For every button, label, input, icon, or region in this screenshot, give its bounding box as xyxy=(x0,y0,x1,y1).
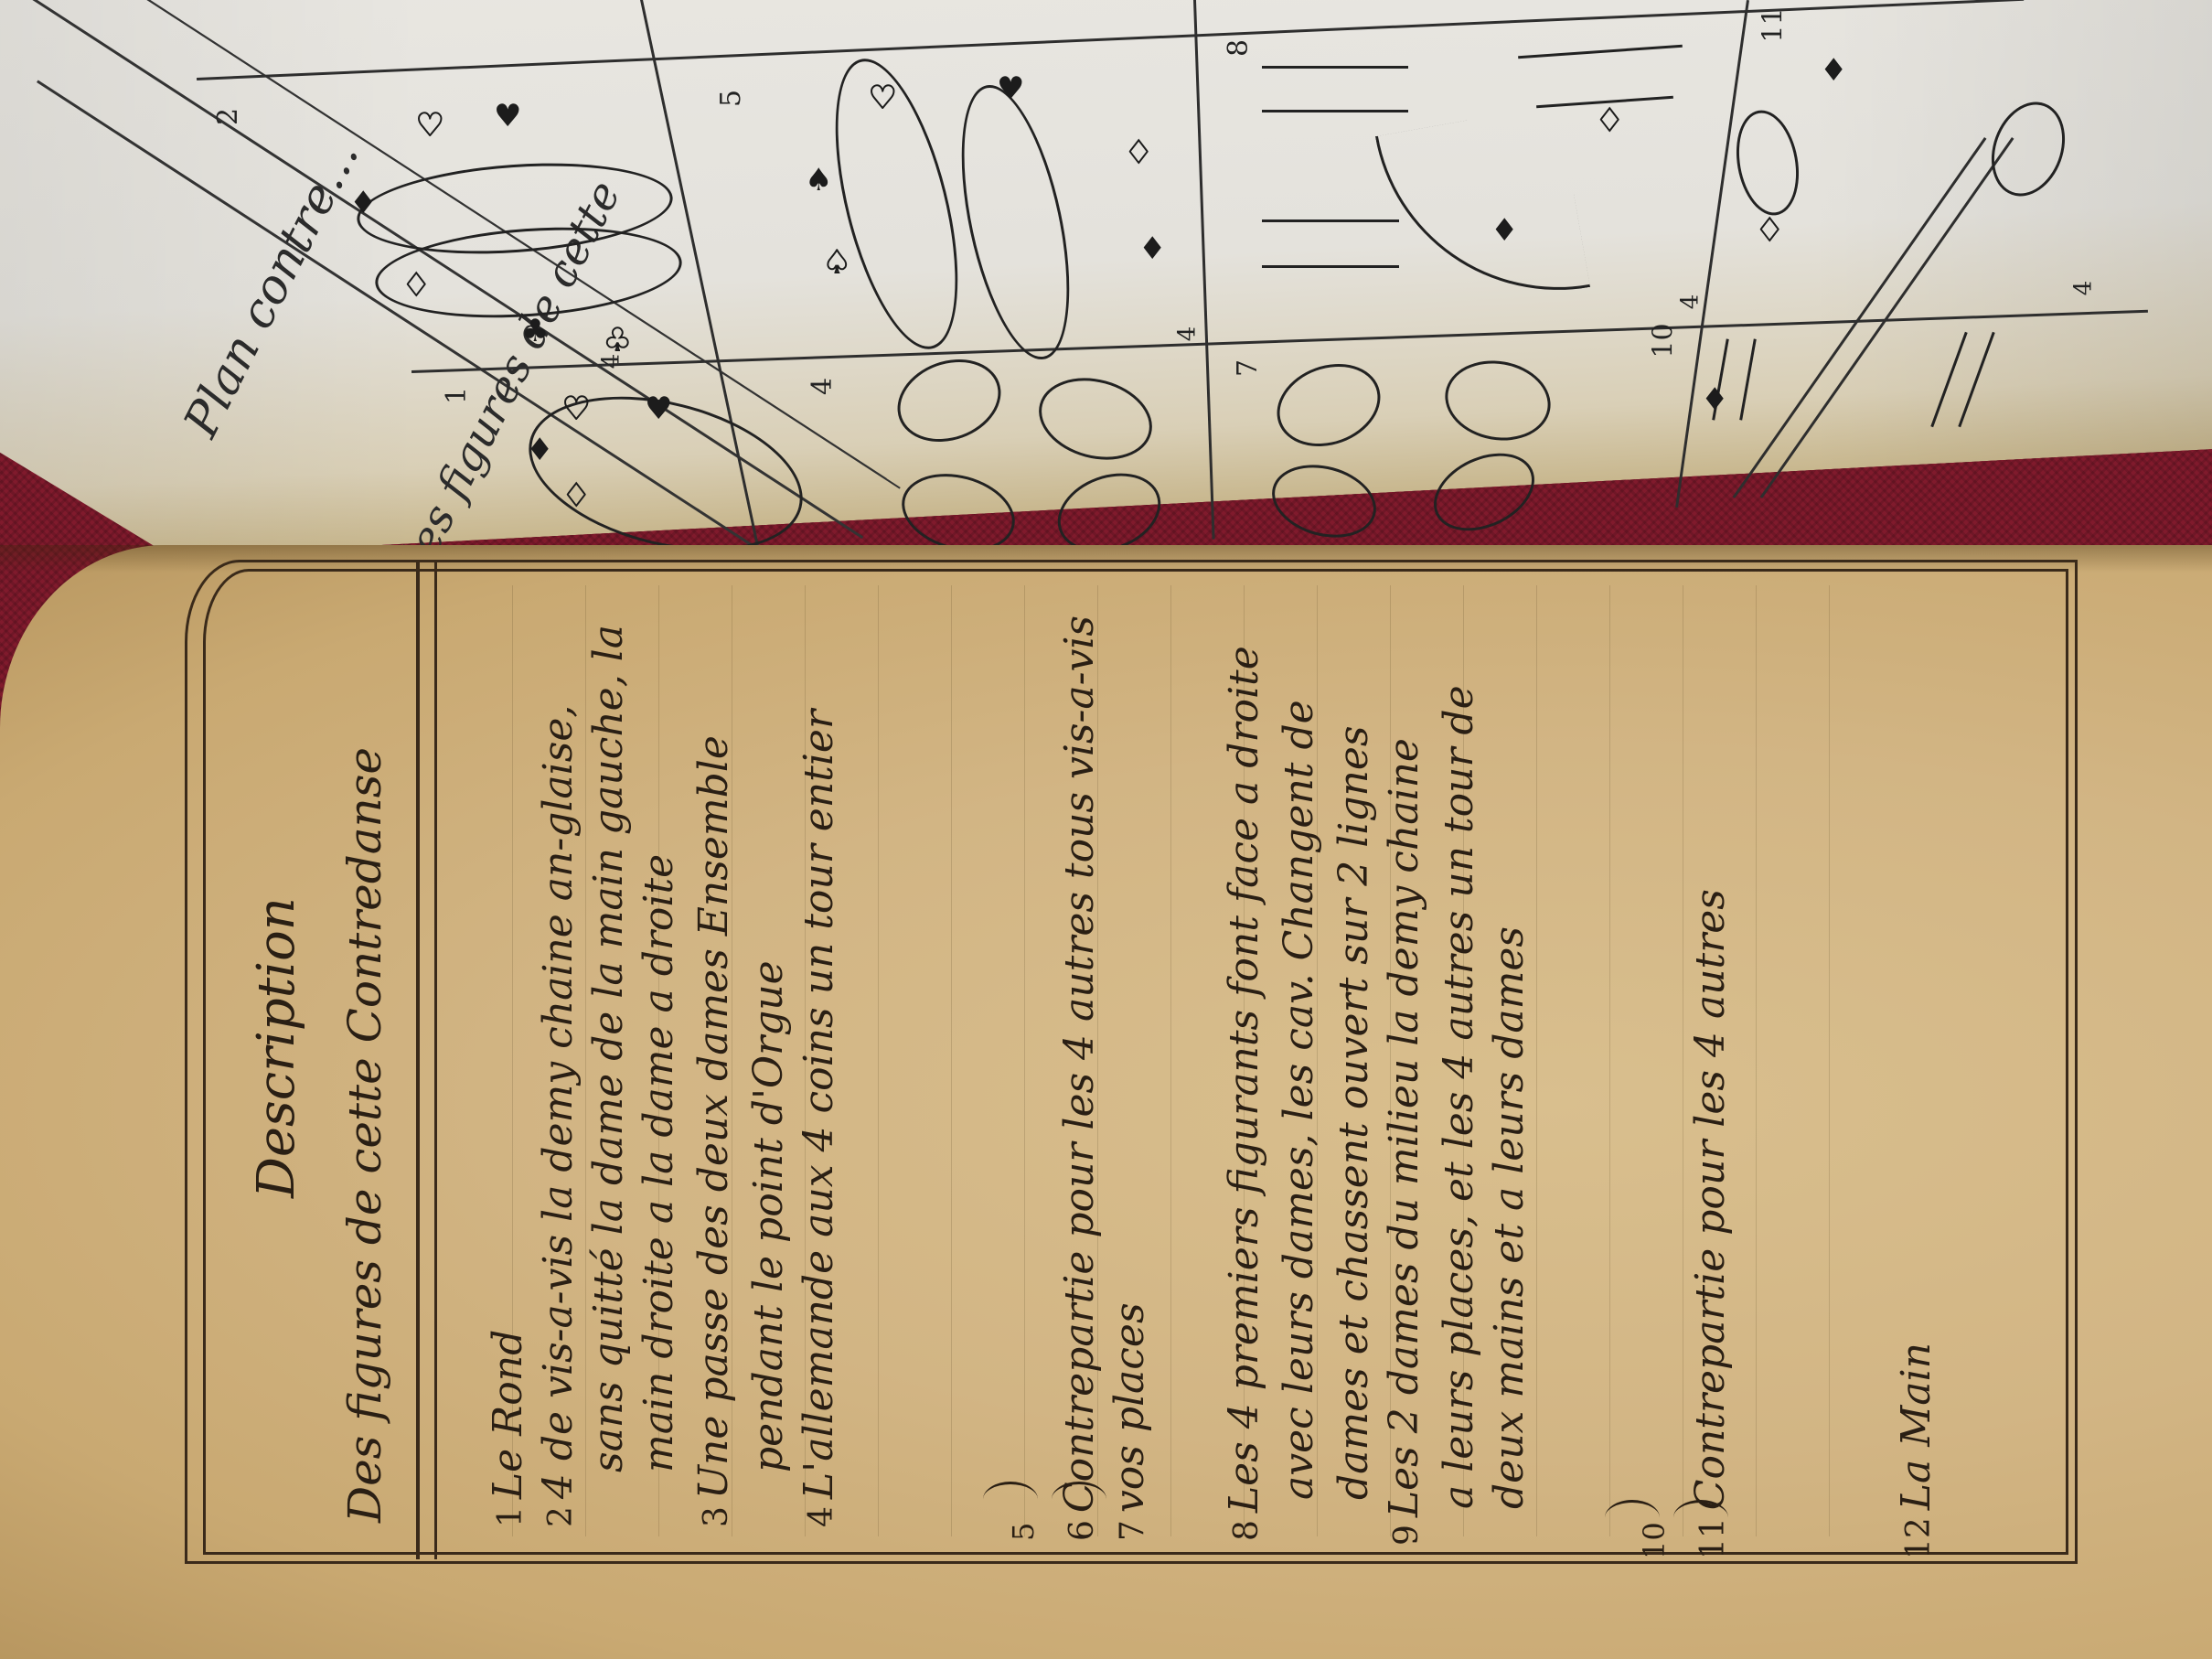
entry-number: 4 xyxy=(803,1506,840,1527)
entry-5-number: 5 xyxy=(1006,1523,1041,1541)
entry-3-line-2: pendant le point d'Orgue xyxy=(745,960,792,1472)
diamond-open-icon: ♦ xyxy=(402,270,430,301)
entry-number: 6 xyxy=(1063,1520,1101,1541)
arrow-line xyxy=(1262,110,1408,112)
brace-bracket xyxy=(1052,1482,1106,1517)
entry-text: Contrepartie pour les 4 autres xyxy=(1687,889,1734,1510)
page-heading: Description xyxy=(247,897,306,1198)
entry-2-line-3: main droite a la dame a droite xyxy=(636,854,682,1472)
spade-filled-icon: ♠ xyxy=(805,165,832,196)
entry-11: 11Contrepartie pour les 4 autres xyxy=(1687,889,1734,1559)
diamond-filled-icon: ♦ xyxy=(1820,55,1847,86)
entry-number: 9 xyxy=(1388,1525,1426,1546)
entry-8: 8Les 4 premiers figurants font face a dr… xyxy=(1221,646,1267,1541)
heart-open-icon: ♥ xyxy=(869,82,896,113)
diamond-filled-icon: ♦ xyxy=(1701,384,1728,415)
heart-filled-icon: ♥ xyxy=(645,393,672,424)
diamond-filled-icon: ♦ xyxy=(526,434,553,466)
entry-text: main droite a la dame a droite xyxy=(636,854,682,1472)
ruling-line xyxy=(951,585,952,1536)
entry-6: 6Contrepartie pour les 4 autres tous vis… xyxy=(1056,615,1103,1541)
brace-bracket xyxy=(1673,1500,1728,1536)
entry-number: 12 xyxy=(1900,1517,1938,1559)
heart-filled-icon: ♥ xyxy=(494,101,521,132)
entry-text: Les 4 premiers figurants font face a dro… xyxy=(1221,646,1267,1513)
heart-open-icon: ♥ xyxy=(562,393,590,424)
entry-9-line-2: a leurs places, et les 4 autres un tour … xyxy=(1436,685,1482,1509)
diamond-open-icon: ♦ xyxy=(1756,215,1783,246)
arrow-line xyxy=(1262,66,1408,69)
entry-text: vos places xyxy=(1106,1302,1153,1513)
diamond-filled-icon: ♦ xyxy=(1138,233,1166,264)
ruling-line xyxy=(1170,585,1171,1536)
entry-text: Le Rond xyxy=(485,1330,531,1499)
ruling-line xyxy=(1024,585,1025,1536)
header-divider xyxy=(416,562,420,1559)
entry-9: 9Les 2 dames du milieu la demy chaine xyxy=(1381,738,1427,1546)
heart-filled-icon: ♥ xyxy=(997,73,1024,104)
figure-number: 1 xyxy=(441,387,473,404)
entry-number: 3 xyxy=(698,1506,735,1527)
ruling-line xyxy=(1683,585,1683,1536)
figure-number: 4 xyxy=(807,378,839,395)
figure-number: 2 xyxy=(212,108,244,125)
entry-text: Contrepartie pour les 4 autres tous vis-… xyxy=(1056,615,1103,1513)
entry-text: Une passe des deux dames Ensemble xyxy=(690,735,737,1499)
entry-1: 1Le Rond xyxy=(485,1330,531,1527)
diamond-open-icon: ♦ xyxy=(1125,137,1152,168)
figure-number: 7 xyxy=(1232,359,1264,377)
ruling-line xyxy=(1829,585,1830,1536)
figure-number: 4 xyxy=(1173,326,1201,342)
entry-9-line-3: deux mains et a leurs dames xyxy=(1486,926,1533,1509)
entry-text: sans quitté la dame de la main gauche, l… xyxy=(585,625,632,1472)
entry-8-line-2: avec leurs dames, les cav. Changent de xyxy=(1276,700,1322,1500)
entry-number: 8 xyxy=(1228,1520,1266,1541)
entry-2-line-2: sans quitté la dame de la main gauche, l… xyxy=(585,625,632,1472)
diamond-open-icon: ♦ xyxy=(562,480,590,511)
entry-2: 24 de vis-a-vis la demy chaine an-glaise… xyxy=(535,705,582,1527)
entry-number: 1 xyxy=(492,1506,529,1527)
entry-text: pendant le point d'Orgue xyxy=(745,960,792,1472)
arrow-line xyxy=(1262,265,1399,268)
entry-text: deux mains et a leurs dames xyxy=(1486,926,1533,1509)
header-divider xyxy=(434,562,437,1559)
diamond-open-icon: ♦ xyxy=(1596,105,1623,136)
entry-number: 7 xyxy=(1114,1520,1151,1541)
entry-text: Les 2 dames du milieu la demy chaine xyxy=(1381,738,1427,1517)
brace-bracket xyxy=(1605,1500,1660,1536)
entry-text: 4 de vis-a-vis la demy chaine an-glaise, xyxy=(535,705,582,1499)
figure-number: 4 xyxy=(2069,281,2097,296)
ruling-line xyxy=(878,585,879,1536)
spade-open-icon: ♠ xyxy=(823,247,850,278)
entry-text: dames et chassent ouvert sur 2 lignes xyxy=(1330,726,1377,1500)
entry-4: 4L'allemande aux 4 coins un tour entier xyxy=(796,710,842,1527)
entry-number: 2 xyxy=(542,1506,580,1527)
entry-3: 3Une passe des deux dames Ensemble xyxy=(690,735,737,1527)
club-open-icon: ♣ xyxy=(604,325,631,356)
ruling-line xyxy=(1609,585,1610,1536)
figure-number: 4 xyxy=(1676,294,1704,310)
brace-bracket xyxy=(983,1482,1038,1517)
entry-text: L'allemande aux 4 coins un tour entier xyxy=(796,710,842,1499)
page-subheading: Des figures de cette Contredanse xyxy=(338,747,391,1523)
entry-text: avec leurs dames, les cav. Changent de xyxy=(1276,700,1322,1500)
arrow-line xyxy=(1262,219,1399,222)
figure-number: 10 xyxy=(1648,323,1680,358)
figure-number: 5 xyxy=(715,90,747,107)
club-filled-icon: ♣ xyxy=(521,316,549,347)
entry-7: 7vos places xyxy=(1106,1302,1153,1541)
diamond-filled-icon: ♦ xyxy=(1491,215,1518,246)
entry-text: La Main xyxy=(1893,1343,1940,1510)
ruling-line xyxy=(1536,585,1537,1536)
entry-12: 12La Main xyxy=(1893,1343,1940,1559)
heart-open-icon: ♥ xyxy=(416,110,443,141)
entry-8-line-3: dames et chassent ouvert sur 2 lignes xyxy=(1330,726,1377,1500)
figure-number: 11 xyxy=(1758,7,1790,42)
figure-number: 8 xyxy=(1223,39,1255,57)
entry-text: a leurs places, et les 4 autres un tour … xyxy=(1436,685,1482,1509)
diamond-filled-icon: ♦ xyxy=(349,187,377,219)
ruling-line xyxy=(1756,585,1757,1536)
